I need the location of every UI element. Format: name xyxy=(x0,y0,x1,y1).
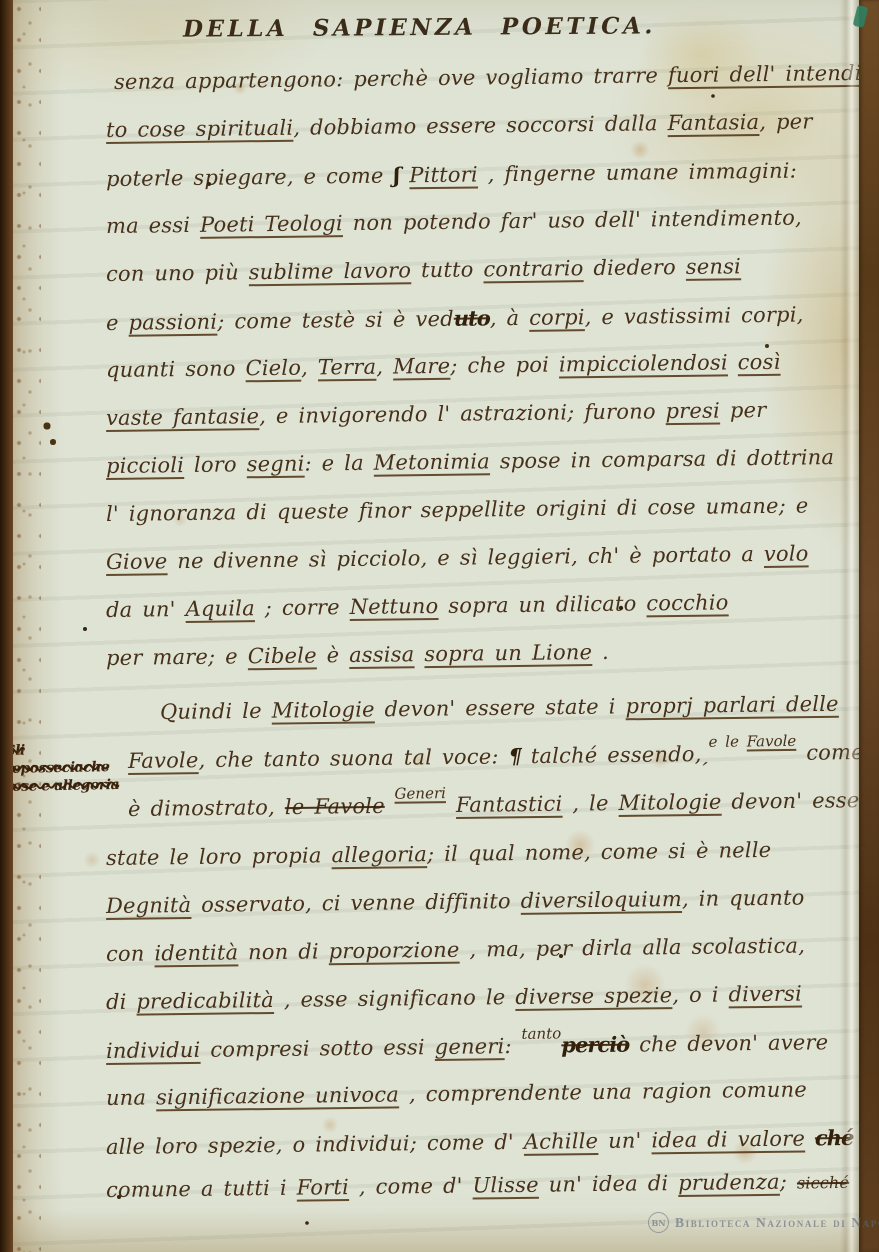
manuscript-line: ma essi Poeti Teologi non potendo far' u… xyxy=(106,205,802,238)
binding-speckle-band xyxy=(13,0,41,1252)
manuscript-line: senza appartengono: perchè ove vogliamo … xyxy=(114,60,879,94)
manuscript-line: poterle spiegare, e come ʃ Pittori , fin… xyxy=(106,158,797,191)
manuscript-line: l' ignoranza di queste finor seppellite … xyxy=(106,493,809,526)
manuscript-page: DELLA SAPIENZA POETICA. senza appartengo… xyxy=(0,0,879,1252)
manuscript-line: con identità non di proporzione , ma, pe… xyxy=(106,933,805,966)
binding-edge xyxy=(0,0,13,1252)
manuscript-line: state le loro propia allegoria; il qual … xyxy=(106,838,772,870)
manuscript-line: è dimostrato, le Favole Generi Fantastic… xyxy=(128,788,879,821)
library-watermark-label: Biblioteca Nazionale di Napoli xyxy=(675,1215,879,1231)
manuscript-line: individui compresi sotto essi generi: ta… xyxy=(106,1029,829,1063)
manuscript-line: piccioli loro segni: e la Metonimia spos… xyxy=(106,445,834,478)
manuscript-line: di predicabilità , esse significano le d… xyxy=(106,981,802,1014)
manuscript-line: Favole, che tanto suona tal voce: ¶ talc… xyxy=(128,738,879,774)
manuscript-line: to cose spirituali, dobbiamo essere socc… xyxy=(106,109,813,142)
manuscript-line: una significazione univoca , comprendent… xyxy=(106,1077,807,1110)
manuscript-line: Quindi le Mitologie devon' essere state … xyxy=(160,692,839,724)
manuscript-line: con uno più sublime lavoro tutto contrar… xyxy=(106,254,741,286)
manuscript-line: vaste fantasie, e invigorendo l' astrazi… xyxy=(106,398,767,430)
page-title: DELLA SAPIENZA POETICA. xyxy=(0,11,839,44)
manuscript-line: Giove ne divenne sì picciolo, e sì leggi… xyxy=(106,541,809,574)
manuscript-line: comune a tutti i Forti , come d' Ulisse … xyxy=(106,1169,849,1202)
page-edge-right xyxy=(859,0,879,1252)
page-fold xyxy=(840,0,860,1252)
library-watermark: BN Biblioteca Nazionale di Napoli xyxy=(648,1212,879,1233)
manuscript-line: da un' Aquila ; corre Nettuno sopra un d… xyxy=(106,590,729,622)
library-stamp-icon: BN xyxy=(648,1212,669,1233)
ink-specks xyxy=(0,0,2,2)
manuscript-line: alle loro spezie, o individui; come d' A… xyxy=(106,1125,854,1159)
manuscript-line: per mare; e Cibele è assisa sopra un Lio… xyxy=(106,640,609,670)
manuscript-line: Degnità osservato, ci venne diffinito di… xyxy=(106,885,805,918)
manuscript-line: e passioni; come testè si è veduto, à co… xyxy=(106,301,804,335)
manuscript-line: quanti sono Cielo, Terra, Mare; che poi … xyxy=(106,350,781,382)
